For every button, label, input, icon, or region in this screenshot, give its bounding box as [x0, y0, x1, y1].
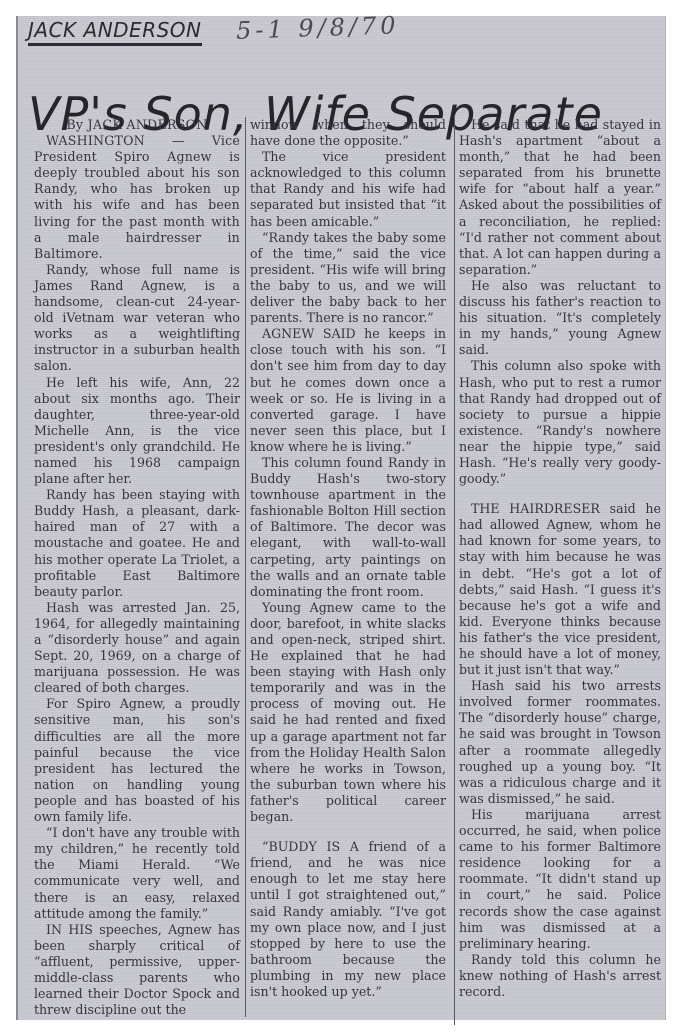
paragraph: Randy told this column he knew nothing o…	[459, 952, 661, 1000]
paragraph: WASHINGTON — Vice President Spiro Agnew …	[34, 133, 240, 262]
paragraph: window when they should have done the op…	[250, 117, 446, 149]
newspaper-clipping: JACK ANDERSON 5-1 9/8/70 VP's Son, Wife …	[16, 16, 666, 1020]
paragraph: AGNEW SAID he keeps in close touch with …	[250, 326, 446, 455]
article-column-1: By JACK ANDERSON WASHINGTON — Vice Presi…	[34, 117, 240, 1018]
paragraph: He said that he had stayed in Hash's apa…	[459, 117, 661, 278]
paragraph: For Spiro Agnew, a proudly sensitive man…	[34, 696, 240, 825]
column-kicker: JACK ANDERSON	[28, 18, 202, 46]
paragraph: Hash was arrested Jan. 25, 1964, for all…	[34, 600, 240, 697]
paragraph: He left his wife, Ann, 22 about six mont…	[34, 375, 240, 488]
paragraph: “BUDDY IS A friend of a friend, and he w…	[250, 839, 446, 1000]
paragraph: The vice president acknowledged to this …	[250, 149, 446, 229]
article-column-2: window when they should have done the op…	[250, 117, 446, 1000]
paragraph: Young Agnew came to the door, barefoot, …	[250, 600, 446, 825]
paragraph: Hash said his two arrests involved forme…	[459, 678, 661, 807]
handwritten-date-note: 5-1 9/8/70	[236, 11, 400, 45]
byline: By JACK ANDERSON	[34, 117, 240, 133]
paragraph: This column also spoke with Hash, who pu…	[459, 358, 661, 487]
paragraph: THE HAIRDRESER said he had allowed Agnew…	[459, 501, 661, 678]
paragraph: “Randy takes the baby some of the time,”…	[250, 230, 446, 327]
paragraph: His marijuana arrest occurred, he said, …	[459, 807, 661, 952]
paragraph: Randy, whose full name is James Rand Agn…	[34, 262, 240, 375]
article-column-3: He said that he had stayed in Hash's apa…	[459, 117, 661, 1000]
paragraph: Randy has been staying with Buddy Hash, …	[34, 487, 240, 600]
paragraph: This column found Randy in Buddy Hash's …	[250, 455, 446, 600]
column-divider	[245, 117, 246, 1017]
paragraph-gap	[459, 487, 661, 501]
paragraph: He also was reluctant to discuss his fat…	[459, 278, 661, 358]
paragraph: IN HIS speeches, Agnew has been sharply …	[34, 922, 240, 1019]
paragraph-gap	[250, 825, 446, 839]
paragraph: “I don't have any trouble with my childr…	[34, 825, 240, 922]
column-divider	[454, 117, 455, 1025]
